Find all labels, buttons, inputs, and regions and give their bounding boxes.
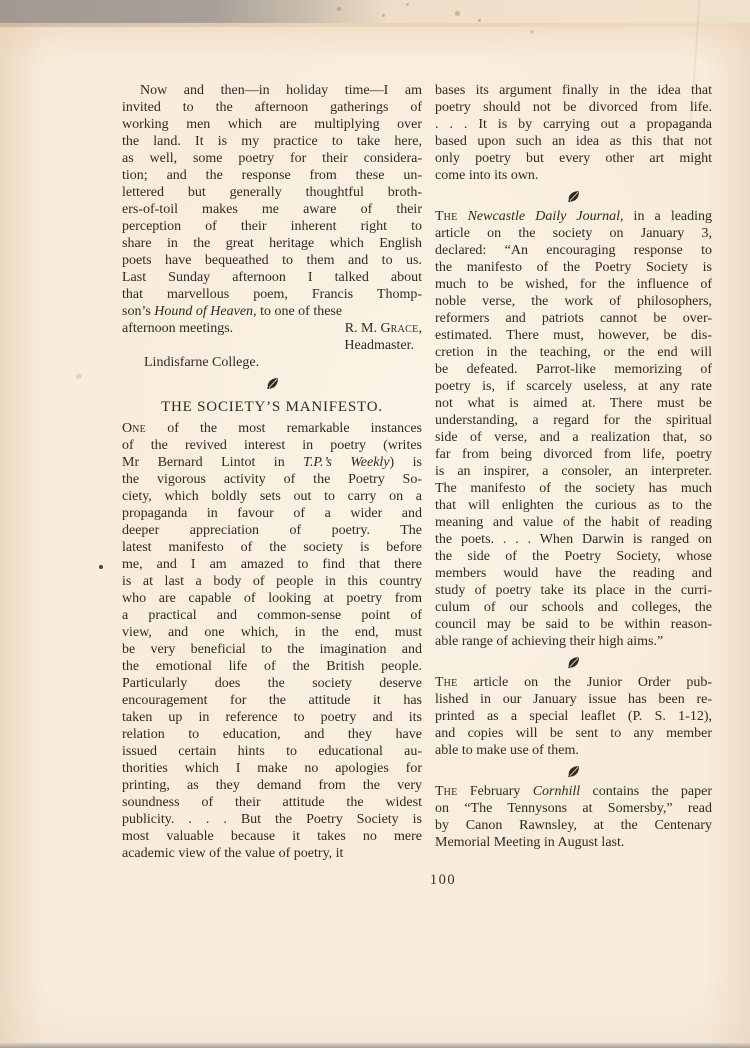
text-line: Lindisfarne College.: [122, 354, 422, 371]
text-line: is an inspirer, a consoler, an interpret…: [435, 463, 712, 480]
text-line: as well, some poetry for their considera…: [122, 150, 422, 167]
text-line: noble verse, the work of philosophers,: [435, 293, 712, 310]
page-top-edge: [0, 0, 750, 23]
text-line: thorities which I make no apologies for: [122, 760, 422, 777]
text-line: cretion in the teaching, or the end will: [435, 344, 712, 361]
paragraph: One of the most remarkable instancesof t…: [122, 420, 422, 862]
text-line: latest manifesto of the society is befor…: [122, 539, 422, 556]
text-line: and copies will be sent to any member: [435, 725, 712, 742]
text-line: council may be said to be within reason-: [435, 616, 712, 633]
text-line: bases its argument finally in the idea t…: [435, 82, 712, 99]
text-line: come into its own.: [435, 167, 712, 184]
book-page-scan: Now and then—in holiday time—I aminvited…: [0, 0, 750, 1048]
text-line: is at last a body of people in this coun…: [122, 573, 422, 590]
page-number: 100: [122, 872, 738, 889]
text-line: ers-of-toil makes me aware of their: [122, 201, 422, 218]
text-line: not what is aimed at. There must be: [435, 395, 712, 412]
text-line: reformers and patriots cannot be over-: [435, 310, 712, 327]
text-line: Memorial Meeting in August last.: [435, 834, 712, 851]
text-line: afternoon meetings.: [122, 320, 233, 337]
text-line: One of the most remarkable instances: [122, 420, 422, 437]
text-line: much to be wished, for the influence of: [435, 276, 712, 293]
text-line: members would have the reading and: [435, 565, 712, 582]
text-line: deeper appreciation of poetry. The: [122, 522, 422, 539]
text-line: ciety, which boldly sets out to carry on…: [122, 488, 422, 505]
text-line: the land. It is my practice to take here…: [122, 133, 422, 150]
paper-speck: [382, 14, 385, 17]
text-line: the side of the Poetry Society, whose: [435, 548, 712, 565]
text-line: Headmaster.: [122, 337, 422, 354]
text-line: most valuable because it takes no mere: [122, 828, 422, 845]
text-line: soundness of their attitude the widest: [122, 794, 422, 811]
text-line: far from being divorced from life, poetr…: [435, 446, 712, 463]
text-line: study of poetry take its place in the cu…: [435, 582, 712, 599]
text-line: on “The Tennysons at Somersby,” read: [435, 800, 712, 817]
text-line: based upon such an idea as this that not: [435, 133, 712, 150]
text-line: perception of their inherent right to: [122, 218, 422, 235]
text-line: son’s Hound of Heaven, to one of these: [122, 303, 422, 320]
text-line: The manifesto of the society has much: [435, 480, 712, 497]
text-line: working men which are multiplying over: [122, 116, 422, 133]
text-line: printed as a special leaflet (P. S. 1-12…: [435, 708, 712, 725]
text-line: Now and then—in holiday time—I am: [122, 82, 422, 99]
signature-name: R. M. Grace,: [345, 320, 422, 337]
text-line: encouragement for the attitude it has: [122, 692, 422, 709]
paragraph: The article on the Junior Order pub-lish…: [435, 674, 712, 759]
text-line: Last Sunday afternoon I talked about: [122, 269, 422, 286]
text-line: me, and I am amazed to find that there: [122, 556, 422, 573]
text-line: share in the great heritage which Englis…: [122, 235, 422, 252]
text-line: culum of our schools and colleges, the: [435, 599, 712, 616]
text-line: view, and one which, in the end, must: [122, 624, 422, 641]
text-line: . . . It is by carrying out a propaganda: [435, 116, 712, 133]
text-line: the poets. . . . When Darwin is ranged o…: [435, 531, 712, 548]
text-line: understanding, a regard for the spiritua…: [435, 412, 712, 429]
text-line: poetry should not be divorced from life.: [435, 99, 712, 116]
text-line: be very beneficial to the imagination an…: [122, 641, 422, 658]
text-line: side of verse, and a realization that, s…: [435, 429, 712, 446]
page-bottom-edge: [0, 1043, 750, 1048]
fleuron-icon: [435, 764, 712, 779]
paragraph: Now and then—in holiday time—I aminvited…: [122, 82, 422, 320]
signature-line: afternoon meetings.R. M. Grace,: [122, 320, 422, 337]
text-line: poets have bequeathed to them and to us.: [122, 252, 422, 269]
text-line: who are capable of looking at poetry fro…: [122, 590, 422, 607]
paper-tint: [0, 27, 750, 61]
paper-speck: [337, 7, 341, 11]
text-line: poetry is, if scarcely useless, at any r…: [435, 378, 712, 395]
text-line: Particularly does the society deserve: [122, 675, 422, 692]
fleuron-icon: [435, 189, 712, 204]
paper-speck: [455, 11, 460, 16]
left-column: Now and then—in holiday time—I aminvited…: [122, 82, 422, 862]
fleuron-icon: [122, 376, 422, 391]
text-line: by Canon Rawnsley, at the Centenary: [435, 817, 712, 834]
text-line: The article on the Junior Order pub-: [435, 674, 712, 691]
right-column: bases its argument finally in the idea t…: [435, 82, 712, 851]
text-line: academic view of the value of poetry, it: [122, 845, 422, 862]
text-line: The Newcastle Daily Journal, in a leadin…: [435, 208, 712, 225]
paper-speck: [99, 565, 103, 569]
paper-speck: [406, 3, 409, 6]
paper-speck: [478, 19, 481, 22]
text-line: a practical and common-sense point of: [122, 607, 422, 624]
text-line: Mr Bernard Lintot in T.P.’s Weekly) is: [122, 454, 422, 471]
text-line: taken up in reference to poetry and its: [122, 709, 422, 726]
text-line: article on the society on January 3,: [435, 225, 712, 242]
text-line: printing, as they demand from the very: [122, 777, 422, 794]
text-line: lettered but generally thoughtful broth-: [122, 184, 422, 201]
text-line: issued certain hints to educational au-: [122, 743, 422, 760]
text-line: able to make use of them.: [435, 742, 712, 759]
text-line: declared: “An encouraging response to: [435, 242, 712, 259]
paper-speck: [530, 30, 534, 34]
text-line: propaganda in favour of a wider and: [122, 505, 422, 522]
text-line: invited to the afternoon gatherings of: [122, 99, 422, 116]
text-line: estimated. There must, however, be dis-: [435, 327, 712, 344]
text-line: be defeated. Parrot-like memorizing of: [435, 361, 712, 378]
fleuron-icon: [435, 655, 712, 670]
text-line: lished in our January issue has been re-: [435, 691, 712, 708]
paragraph: The Newcastle Daily Journal, in a leadin…: [435, 208, 712, 650]
paper-speck: [76, 374, 82, 379]
text-line: relation to education, and they have: [122, 726, 422, 743]
section-heading: THE SOCIETY’S MANIFESTO.: [122, 397, 422, 417]
text-line: able range of achieving their high aims.…: [435, 633, 712, 650]
paragraph: bases its argument finally in the idea t…: [435, 82, 712, 184]
text-line: of the revived interest in poetry (write…: [122, 437, 422, 454]
text-line: the manifesto of the Poetry Society is: [435, 259, 712, 276]
text-line: that marvellous poem, Francis Thomp-: [122, 286, 422, 303]
text-line: The February Cornhill contains the paper: [435, 783, 712, 800]
text-line: only poetry but every other art might: [435, 150, 712, 167]
text-line: that will enlighten the curious as to th…: [435, 497, 712, 514]
text-line: publicity. . . . But the Poetry Society …: [122, 811, 422, 828]
text-line: the vigorous activity of the Poetry So-: [122, 471, 422, 488]
text-line: the emotional life of the British people…: [122, 658, 422, 675]
text-line: meaning and value of the habit of readin…: [435, 514, 712, 531]
text-line: tion; and the response from these un-: [122, 167, 422, 184]
paragraph: The February Cornhill contains the paper…: [435, 783, 712, 851]
